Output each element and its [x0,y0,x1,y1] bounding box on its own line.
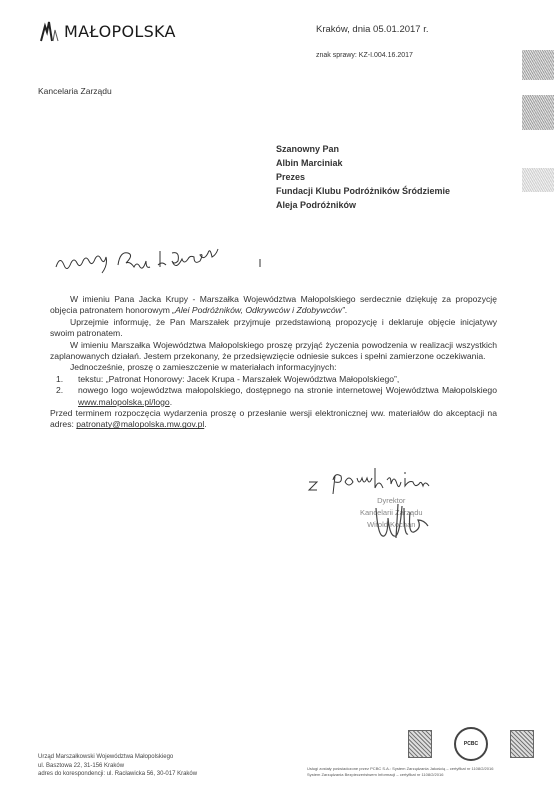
recipient-line: Prezes [276,170,450,184]
malopolska-logo: MAŁOPOLSKA [40,20,176,42]
recipient-line: Szanowny Pan [276,142,450,156]
office-name: Urząd Marszałkowski Województwa Małopols… [38,753,197,762]
paragraph: Jednocześnie, proszę o zamieszczenie w m… [50,362,497,373]
paragraph: W imieniu Pana Jacka Krupy - Marszałka W… [50,294,497,317]
cert-line: System Zarządzania Bezpieczeństwem Infor… [307,772,493,778]
letter-body: W imieniu Pana Jacka Krupy - Marszałka W… [50,294,497,431]
footer-certification-text: Usługi zostały poświadczone przez PCBC S… [307,766,493,778]
office-address: ul. Basztowa 22, 31-156 Kraków [38,762,197,771]
scan-artifact [522,168,554,192]
paragraph: Przed terminem rozpoczęcia wydarzenia pr… [50,408,497,431]
scan-artifact [522,95,554,130]
correspondence-address: adres do korespondencji: ul. Racławicka … [38,770,197,779]
certificate-icon [408,730,432,758]
handwritten-closing: z poważaniem [305,462,465,496]
list-item: 1. tekstu: „Patronat Honorowy: Jacek Kru… [50,374,497,385]
handwritten-salutation: Szanowny Panie Prezesie! [50,245,290,279]
certificate-icon [510,730,534,758]
recipient-line: Aleja Podróżników [276,198,450,212]
department: Kancelaria Zarządu [38,86,112,96]
email-link[interactable]: patronaty@malopolska.mw.gov.pl [76,419,204,429]
signature-scribble [372,498,432,544]
footer-address: Urząd Marszałkowski Województwa Małopols… [38,753,197,779]
scan-artifact [522,50,554,80]
list-item: 2. nowego logo województwa małopolskiego… [50,385,497,408]
logo-mark-icon [40,20,60,42]
recipient-line: Albin Marciniak [276,156,450,170]
place-date: Kraków, dnia 05.01.2017 r. [316,24,429,35]
recipient-line: Fundacji Klubu Podróżników Śródziemie [276,184,450,198]
case-reference: znak sprawy: KZ-I.004.16.2017 [316,52,413,59]
paragraph: Uprzejmie informuję, że Pan Marszałek pr… [50,317,497,340]
certification-badges: PCBC [408,727,534,761]
paragraph: W imieniu Marszałka Województwa Małopols… [50,340,497,363]
logo-text: MAŁOPOLSKA [64,22,176,41]
materials-list: 1. tekstu: „Patronat Honorowy: Jacek Kru… [50,374,497,408]
pcbc-badge: PCBC [454,727,488,761]
recipient-block: Szanowny Pan Albin Marciniak Prezes Fund… [276,142,450,212]
logo-link[interactable]: www.malopolska.pl/logo [78,397,170,407]
